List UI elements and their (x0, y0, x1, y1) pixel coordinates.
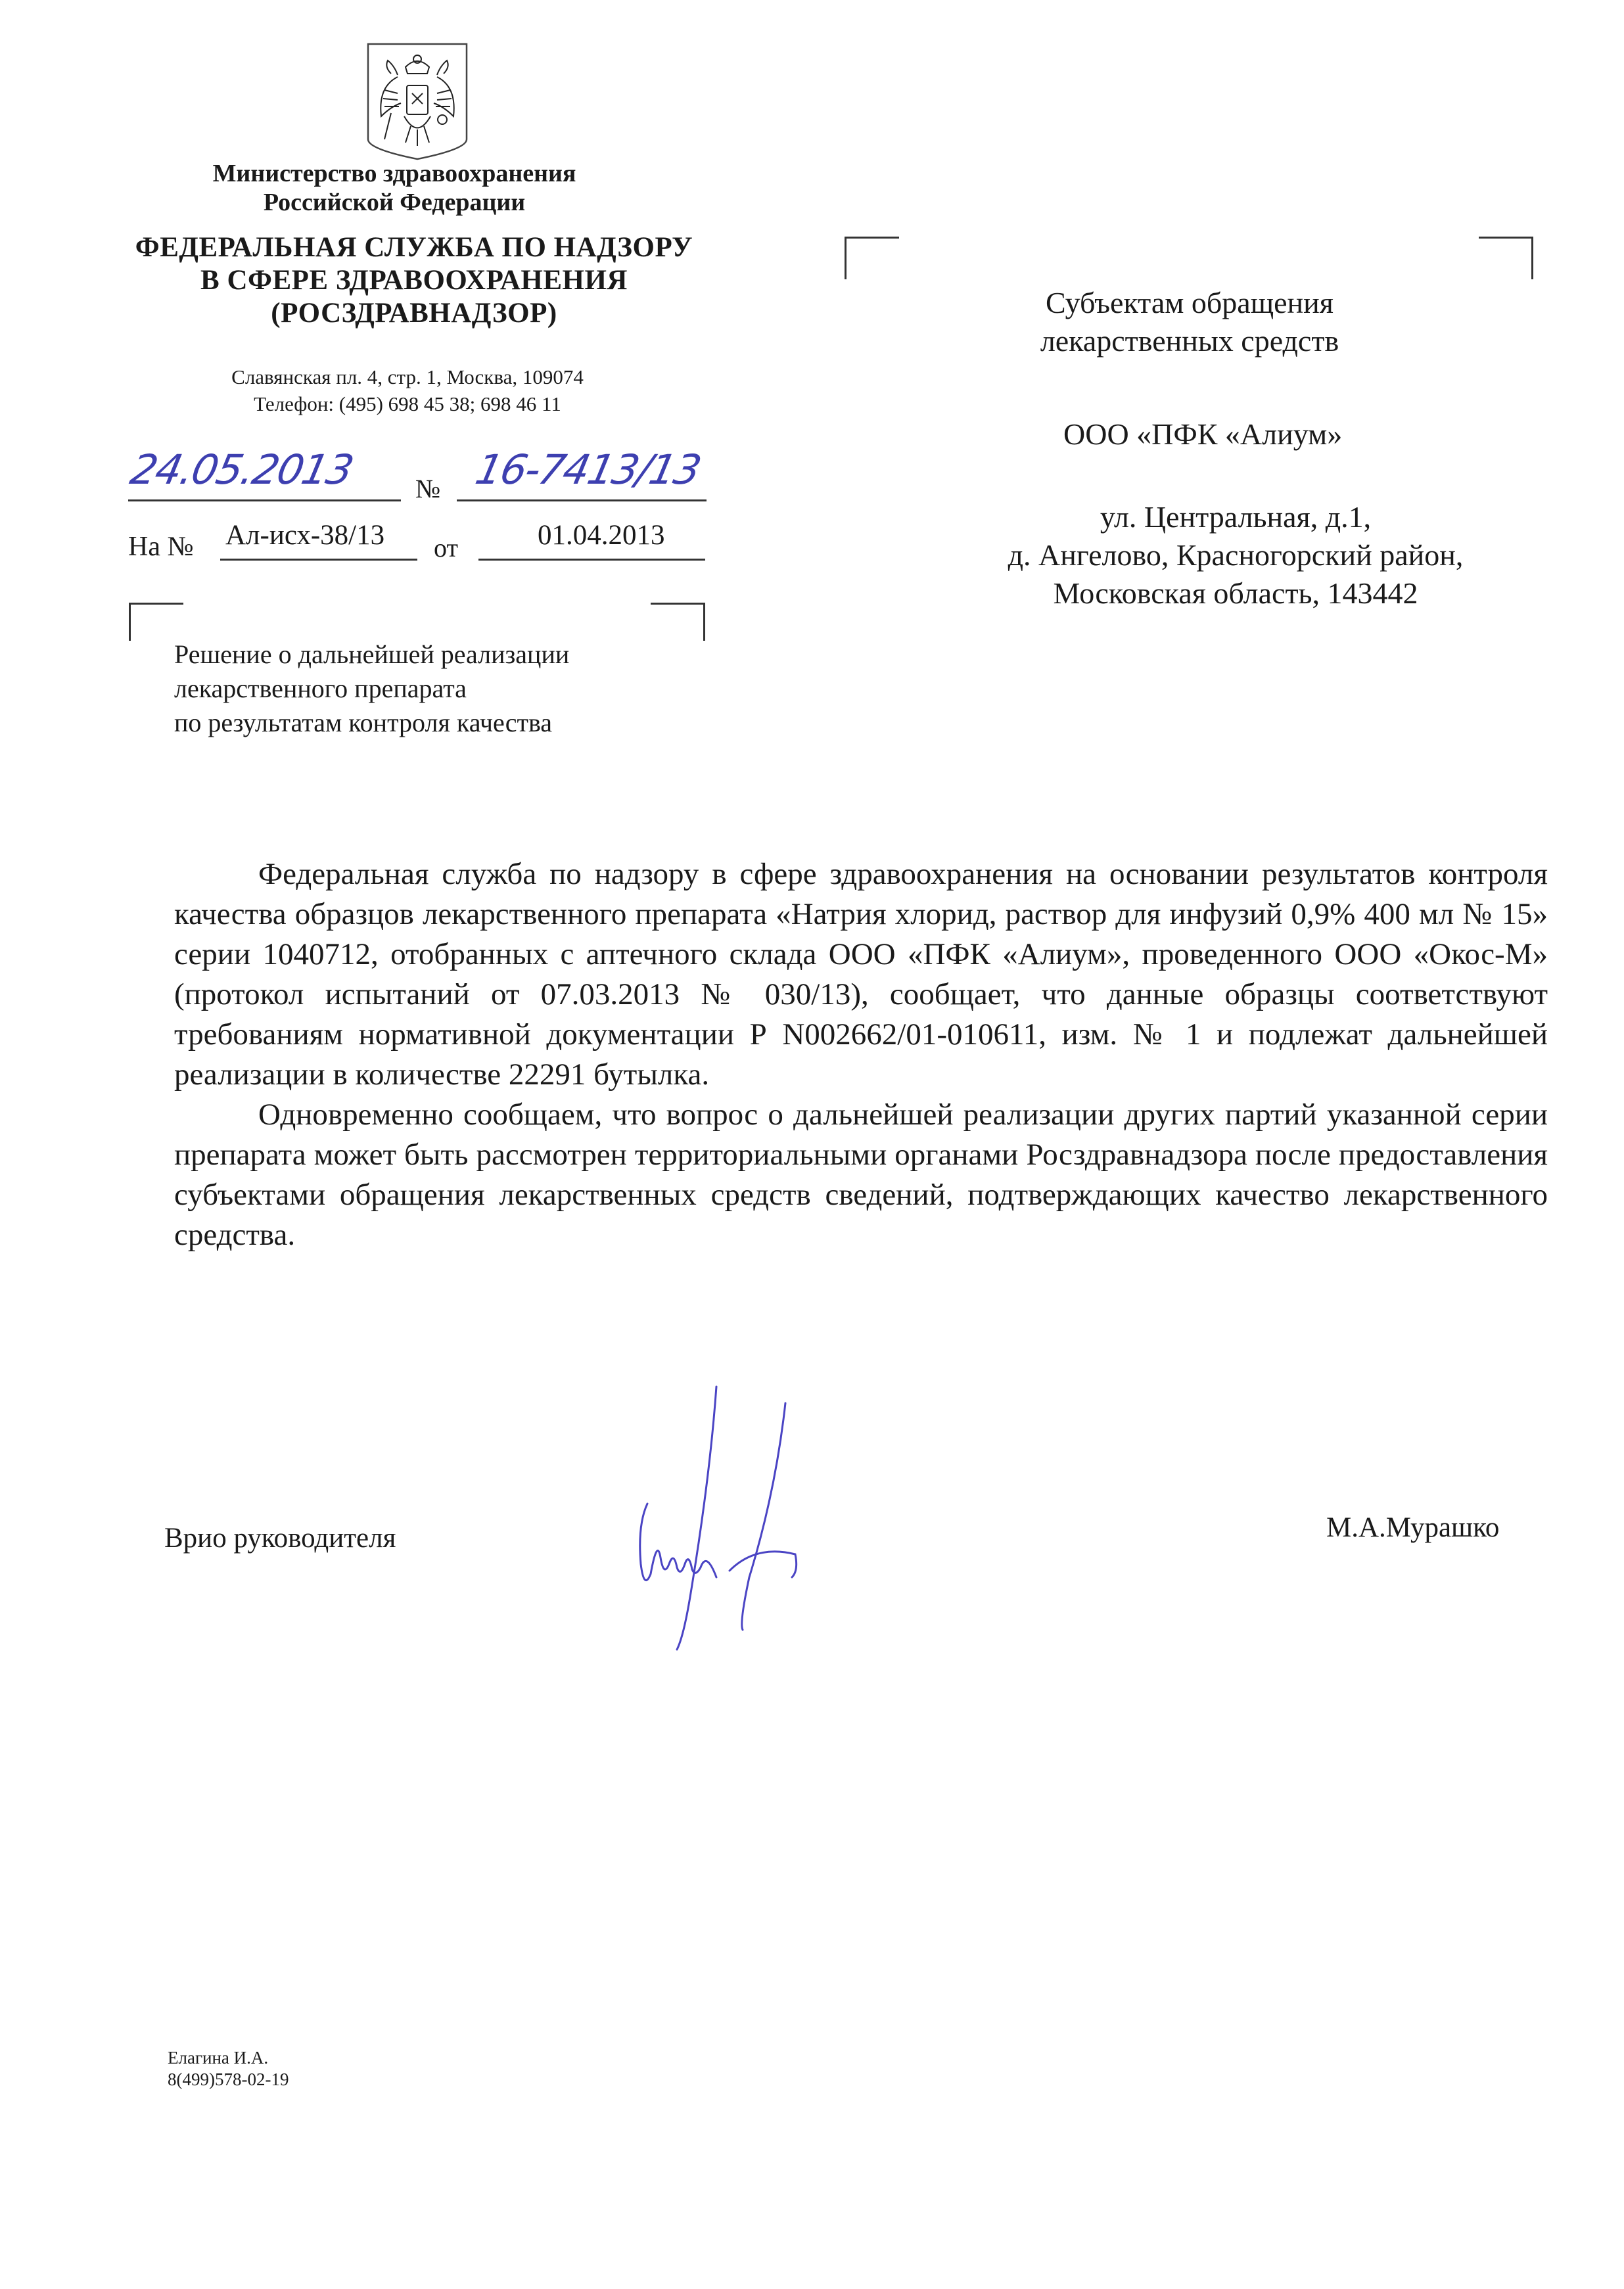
reply-to-number: Ал-исх-38/13 (225, 519, 384, 551)
recipient-group: Субъектам обращения лекарственных средст… (940, 284, 1439, 360)
handwritten-signature-icon (618, 1380, 835, 1656)
recipient-address: ул. Центральная, д.1, д. Ангелово, Красн… (907, 498, 1564, 613)
number-label: № (415, 473, 440, 504)
reply-to-line (220, 559, 417, 561)
ministry-line-1: Министерство здравоохранения (158, 159, 631, 188)
reply-from-line (478, 559, 705, 561)
executor-name: Елагина И.А. (168, 2047, 289, 2069)
service-line-3: (РОСЗДРАВНАДЗОР) (125, 297, 703, 330)
ministry-line-2: Российской Федерации (158, 188, 631, 217)
registration-date: 24.05.2013 (126, 446, 357, 494)
service-line-1: ФЕДЕРАЛЬНАЯ СЛУЖБА ПО НАДЗОРУ (125, 231, 703, 264)
reply-from-label: от (434, 532, 458, 563)
recipient-bracket-left (845, 237, 899, 279)
number-line (457, 499, 707, 501)
body-paragraph-1: Федеральная служба по надзору в сфере зд… (174, 854, 1548, 1095)
body-paragraph-2: Одновременно сообщаем, что вопрос о даль… (174, 1095, 1548, 1255)
service-line-2: В СФЕРЕ ЗДРАВООХРАНЕНИЯ (125, 264, 703, 297)
recipient-company: ООО «ПФК «Алиум» (1063, 415, 1342, 453)
service-name: ФЕДЕРАЛЬНАЯ СЛУЖБА ПО НАДЗОРУ В СФЕРЕ ЗД… (125, 231, 703, 330)
signatory-role: Врио руководителя (164, 1522, 396, 1554)
executor-info: Елагина И.А. 8(499)578-02-19 (168, 2047, 289, 2091)
sender-phone: Телефон: (495) 698 45 38; 698 46 11 (158, 390, 657, 417)
reply-from-date: 01.04.2013 (538, 519, 665, 551)
recipient-bracket-right (1479, 237, 1533, 279)
letter-body: Федеральная служба по надзору в сфере зд… (174, 854, 1548, 1255)
date-line (128, 499, 401, 501)
subject-line-1: Решение о дальнейшей реализации (174, 637, 700, 672)
reply-to-label: На № (128, 531, 194, 563)
recipient-address-line-1: ул. Центральная, д.1, (907, 498, 1564, 536)
signatory-name: М.А.Мурашко (1326, 1512, 1499, 1544)
recipient-address-line-3: Московская область, 143442 (907, 574, 1564, 613)
executor-phone: 8(499)578-02-19 (168, 2069, 289, 2091)
subject-line-2: лекарственного препарата (174, 672, 700, 706)
recipient-line-2: лекарственных средств (940, 322, 1439, 360)
recipient-address-line-2: д. Ангелово, Красногорский район, (907, 536, 1564, 574)
subject-bracket-left (129, 603, 183, 641)
sender-address: Славянская пл. 4, стр. 1, Москва, 109074… (158, 363, 657, 417)
coat-of-arms-icon (365, 41, 470, 162)
subject: Решение о дальнейшей реализации лекарств… (174, 637, 700, 740)
recipient-line-1: Субъектам обращения (940, 284, 1439, 322)
registration-number: 16-7413/13 (471, 446, 704, 494)
subject-line-3: по результатам контроля качества (174, 706, 700, 740)
subject-bracket-right (651, 603, 705, 641)
ministry-name: Министерство здравоохранения Российской … (158, 159, 631, 217)
sender-street: Славянская пл. 4, стр. 1, Москва, 109074 (158, 363, 657, 390)
